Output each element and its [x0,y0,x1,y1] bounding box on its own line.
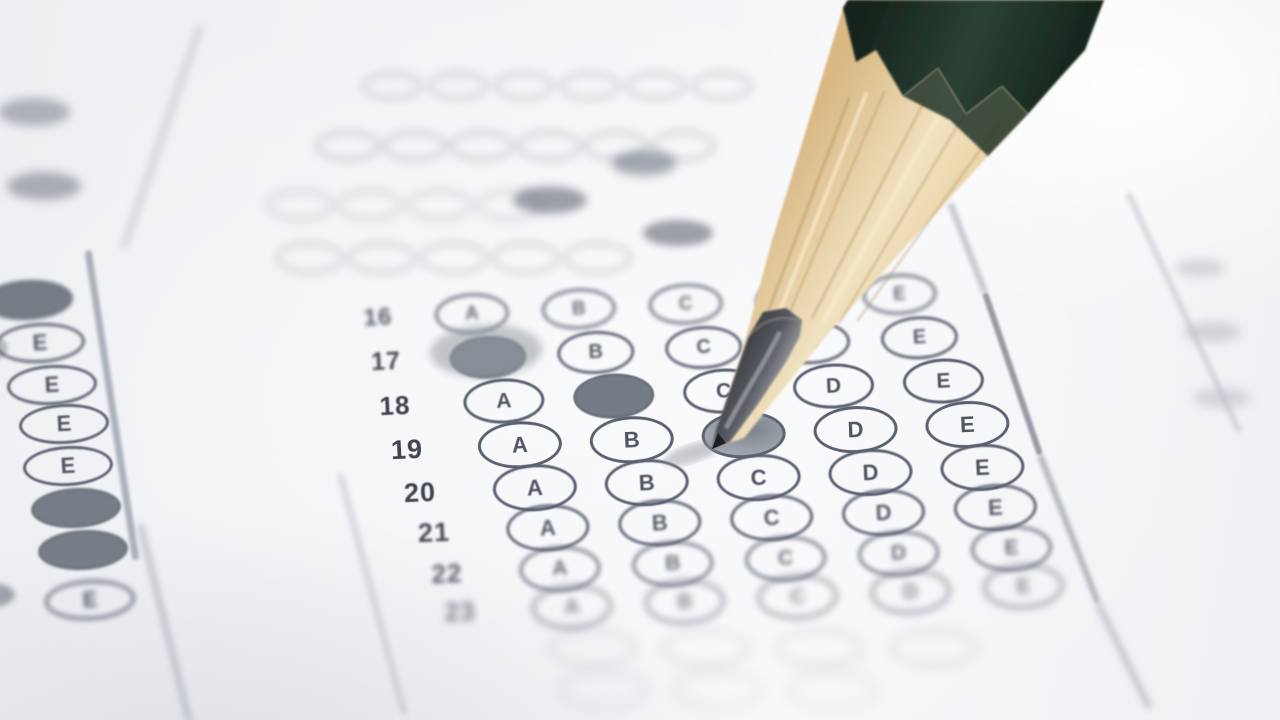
pencil [0,0,1280,720]
answer-sheet-photo: EEEEE 16ABCDE17BCDE18ACDE19ABDE20ABCDE21… [0,0,1280,720]
